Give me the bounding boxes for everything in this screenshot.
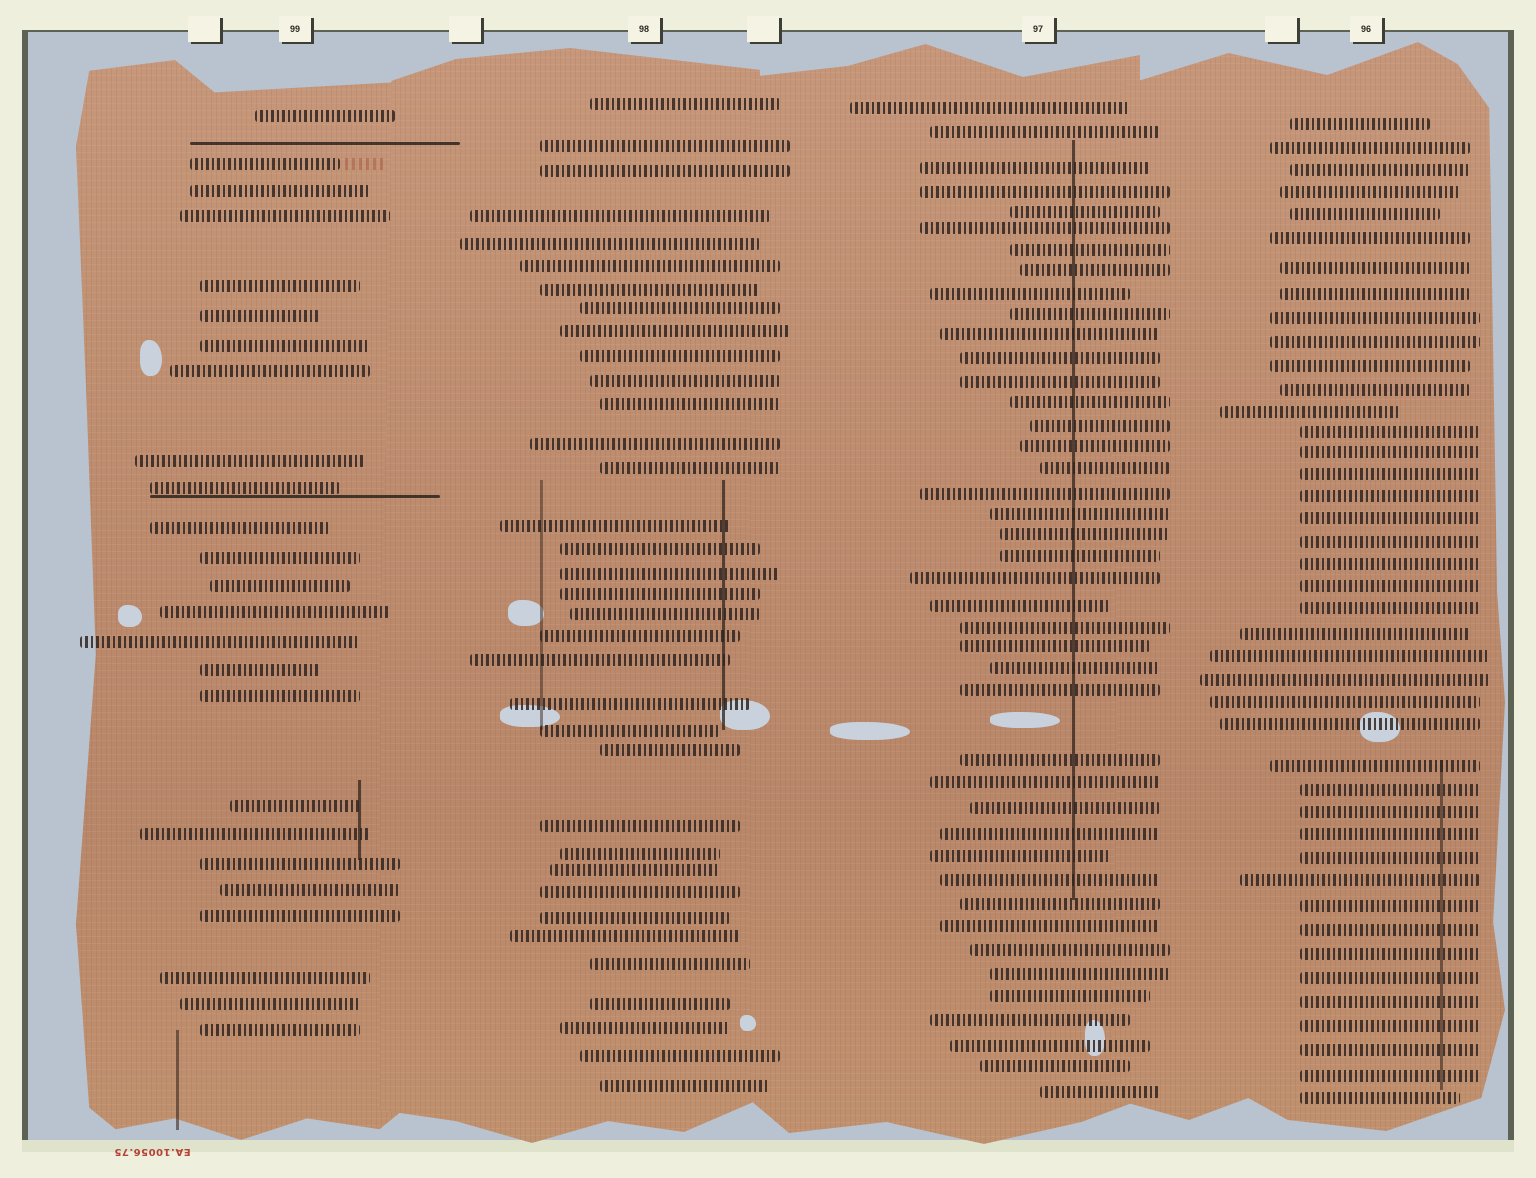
hole (508, 600, 544, 626)
label-tab-98: 98 (628, 16, 660, 42)
hole (140, 340, 162, 376)
crack (722, 480, 725, 730)
label-tab-97: 97 (1022, 16, 1054, 42)
crack (540, 480, 543, 730)
hole (118, 605, 142, 627)
crack (358, 780, 361, 860)
label-tab-blank (1265, 16, 1297, 42)
hole (740, 1015, 756, 1031)
frame-bottom-lip (22, 1140, 1514, 1152)
inventory-stamp: EA.10056.75 (114, 1146, 191, 1157)
label-tab-blank (747, 16, 779, 42)
label-tab-blank (188, 16, 220, 42)
label-tab-96: 96 (1350, 16, 1382, 42)
crack (176, 1030, 179, 1130)
label-tab-99: 99 (279, 16, 311, 42)
tear (990, 712, 1060, 728)
label-tab-blank (449, 16, 481, 42)
tear (830, 722, 910, 740)
